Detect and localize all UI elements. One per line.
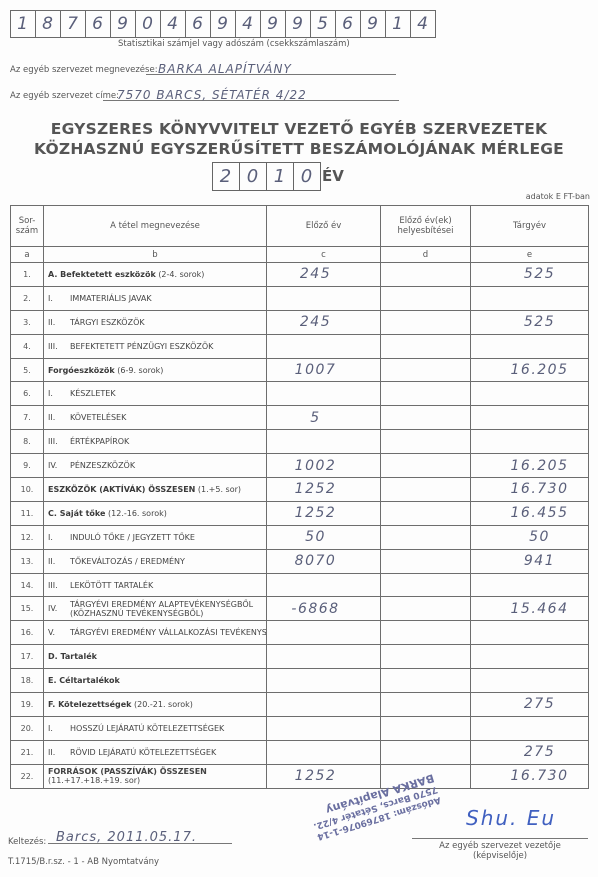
- previous-year-value-cell[interactable]: [267, 716, 381, 740]
- row-number: 21.: [11, 740, 44, 764]
- item-label: BEFEKTETETT PÉNZÜGYI ESZKÖZÖK: [70, 342, 213, 351]
- item-label: KÉSZLETEK: [70, 389, 116, 398]
- tax-digit-box[interactable]: 9: [111, 11, 136, 37]
- item-name: III.BEFEKTETETT PÉNZÜGYI ESZKÖZÖK: [44, 334, 267, 358]
- item-label: TÁRGYÉVI EREDMÉNY ALAPTEVÉKENYSÉGBŐL: [70, 600, 253, 609]
- item-name: A. Befektetett eszközök (2-4. sorok): [44, 263, 267, 287]
- previous-year-value-cell[interactable]: 1252: [267, 764, 381, 788]
- previous-year-value-cell[interactable]: [267, 286, 381, 310]
- current-year-value-cell[interactable]: 16.205: [471, 454, 589, 478]
- row-number: 10.: [11, 478, 44, 502]
- item-label: A. Befektetett eszközök: [48, 270, 156, 279]
- item-name: C. Saját tőke (12.-16. sorok): [44, 501, 267, 525]
- item-name: I.INDULÓ TŐKE / JEGYZETT TŐKE: [44, 525, 267, 549]
- tax-digit-box[interactable]: 7: [61, 11, 86, 37]
- org-name-label: Az egyéb szervezet megnevezése:: [10, 65, 158, 75]
- table-row: 20.I.HOSSZÚ LEJÁRATÚ KÖTELEZETTSÉGEK: [11, 716, 589, 740]
- previous-year-value-cell[interactable]: [267, 430, 381, 454]
- correction-value-cell[interactable]: [381, 549, 471, 573]
- row-number: 3.: [11, 310, 44, 334]
- current-year-value-cell[interactable]: [471, 573, 589, 597]
- previous-year-value: 1007: [295, 362, 337, 378]
- previous-year-value-cell[interactable]: -6868: [267, 597, 381, 621]
- balance-sheet-table: Sor-szám A tétel megnevezése Előző év El…: [10, 205, 589, 789]
- current-year-value: 16.205: [511, 362, 569, 378]
- current-year-value-cell[interactable]: 275: [471, 740, 589, 764]
- previous-year-value: 245: [300, 314, 331, 330]
- form-title-line2: KÖZHASZNÚ EGYSZERŰSÍTETT BESZÁMOLÓJÁNAK …: [0, 140, 598, 158]
- item-name: II.RÖVID LEJÁRATÚ KÖTELEZETTSÉGEK: [44, 740, 267, 764]
- current-year-value-cell[interactable]: 275: [471, 693, 589, 717]
- current-year-value-cell[interactable]: [471, 645, 589, 669]
- correction-value-cell[interactable]: [381, 716, 471, 740]
- item-label: Forgóeszközök: [48, 366, 115, 375]
- item-name: III.ÉRTÉKPAPÍROK: [44, 430, 267, 454]
- item-name: I.IMMATERIÁLIS JAVAK: [44, 286, 267, 310]
- item-name: D. Tartalék: [44, 645, 267, 669]
- row-number: 16.: [11, 621, 44, 645]
- org-name-field[interactable]: BARKA ALAPÍTVÁNY: [146, 60, 396, 75]
- correction-value-cell[interactable]: [381, 310, 471, 334]
- item-note: (6-9. sorok): [117, 366, 163, 375]
- tax-digit-box[interactable]: 1: [11, 11, 36, 37]
- item-name: IV.TÁRGYÉVI EREDMÉNY ALAPTEVÉKENYSÉGBŐL(…: [44, 597, 267, 621]
- row-number: 2.: [11, 286, 44, 310]
- column-letter-a: a: [11, 247, 44, 263]
- table-row: 18.E. Céltartalékok: [11, 669, 589, 693]
- column-letter-d: d: [381, 247, 471, 263]
- item-prefix: II.: [48, 748, 70, 757]
- item-name: IV.PÉNZESZKÖZÖK: [44, 454, 267, 478]
- current-year-value-cell[interactable]: 50: [471, 525, 589, 549]
- row-number: 9.: [11, 454, 44, 478]
- table-row: 14.III.LEKÖTÖTT TARTALÉK: [11, 573, 589, 597]
- org-name-value: BARKA ALAPÍTVÁNY: [158, 62, 292, 76]
- previous-year-value: 1252: [295, 768, 337, 784]
- previous-year-value-cell[interactable]: 50: [267, 525, 381, 549]
- table-row: 17.D. Tartalék: [11, 645, 589, 669]
- org-address-value: 7570 BARCS, SÉTATÉR 4/22: [117, 88, 307, 102]
- item-name: III.LEKÖTÖTT TARTALÉK: [44, 573, 267, 597]
- item-prefix: I.: [48, 533, 70, 542]
- item-prefix: II.: [48, 318, 70, 327]
- previous-year-value-cell[interactable]: [267, 621, 381, 645]
- item-label: TŐKEVÁLTOZÁS / EREDMÉNY: [70, 557, 185, 566]
- current-year-value: 16.730: [511, 481, 569, 497]
- previous-year-value-cell[interactable]: [267, 740, 381, 764]
- row-number: 12.: [11, 525, 44, 549]
- table-row: 8.III.ÉRTÉKPAPÍROK: [11, 430, 589, 454]
- item-label: TÁRGYI ESZKÖZÖK: [70, 318, 145, 327]
- year-suffix: ÉV: [322, 167, 344, 185]
- item-name: V.TÁRGYÉVI EREDMÉNY VÁLLALKOZÁSI TEVÉKEN…: [44, 621, 267, 645]
- previous-year-value-cell[interactable]: 1007: [267, 358, 381, 382]
- previous-year-value: 50: [305, 529, 326, 545]
- year-digit-box[interactable]: 1: [267, 163, 294, 190]
- current-year-value-cell[interactable]: [471, 286, 589, 310]
- current-year-value-cell[interactable]: [471, 334, 589, 358]
- previous-year-value-cell[interactable]: 5: [267, 406, 381, 430]
- form-code: T.1715/B.r.sz. - 1 - AB Nyomtatvány: [8, 857, 159, 867]
- item-name: II.KÖVETELÉSEK: [44, 406, 267, 430]
- tax-digit-box[interactable]: 8: [36, 11, 61, 37]
- previous-year-value-cell[interactable]: 245: [267, 310, 381, 334]
- previous-year-value-cell[interactable]: 1002: [267, 454, 381, 478]
- item-label-cont: (11.+17.+18.+19. sor): [48, 776, 140, 785]
- row-number: 11.: [11, 501, 44, 525]
- header-previous-year: Előző év: [267, 206, 381, 247]
- row-number: 13.: [11, 549, 44, 573]
- item-label: IMMATERIÁLIS JAVAK: [70, 294, 152, 303]
- item-name: Forgóeszközök (6-9. sorok): [44, 358, 267, 382]
- table-row: 3.II.TÁRGYI ESZKÖZÖK245525: [11, 310, 589, 334]
- current-year-value: 16.455: [511, 505, 569, 521]
- current-year-value-cell[interactable]: 525: [471, 310, 589, 334]
- item-prefix: IV.: [48, 461, 70, 470]
- table-row: 4.III.BEFEKTETETT PÉNZÜGYI ESZKÖZÖK: [11, 334, 589, 358]
- previous-year-value: -6868: [291, 601, 339, 617]
- correction-value-cell[interactable]: [381, 358, 471, 382]
- previous-year-value-cell[interactable]: [267, 669, 381, 693]
- column-letter-c: c: [267, 247, 381, 263]
- tax-digit-box[interactable]: 4: [161, 11, 186, 37]
- table-row: 16.V.TÁRGYÉVI EREDMÉNY VÁLLALKOZÁSI TEVÉ…: [11, 621, 589, 645]
- tax-digit-box[interactable]: 6: [186, 11, 211, 37]
- correction-value-cell[interactable]: [381, 263, 471, 287]
- row-number: 8.: [11, 430, 44, 454]
- signatory-label: Az egyéb szervezet vezetője (képviselője…: [412, 841, 588, 861]
- row-number: 18.: [11, 669, 44, 693]
- tax-digit-box[interactable]: 9: [286, 11, 311, 37]
- signature: Shu. Eu: [466, 806, 556, 830]
- previous-year-value-cell[interactable]: [267, 382, 381, 406]
- item-label: E. Céltartalékok: [48, 676, 120, 685]
- item-prefix: V.: [48, 628, 70, 637]
- item-label: KÖVETELÉSEK: [70, 413, 126, 422]
- correction-value-cell[interactable]: [381, 454, 471, 478]
- item-name: I.HOSSZÚ LEJÁRATÚ KÖTELEZETTSÉGEK: [44, 716, 267, 740]
- date-field[interactable]: Barcs, 2011.05.17.: [48, 829, 232, 844]
- previous-year-value-cell[interactable]: 245: [267, 263, 381, 287]
- item-label: D. Tartalék: [48, 652, 97, 661]
- signature-line[interactable]: [412, 838, 588, 839]
- current-year-value: 16.730: [511, 768, 569, 784]
- item-name: ESZKÖZÖK (AKTÍVÁK) ÖSSZESEN (1.+5. sor): [44, 478, 267, 502]
- current-year-value: 525: [524, 266, 555, 282]
- item-label: INDULÓ TŐKE / JEGYZETT TŐKE: [70, 533, 195, 542]
- column-letter-b: b: [44, 247, 267, 263]
- item-label: RÖVID LEJÁRATÚ KÖTELEZETTSÉGEK: [70, 748, 216, 757]
- table-row: 10.ESZKÖZÖK (AKTÍVÁK) ÖSSZESEN (1.+5. so…: [11, 478, 589, 502]
- previous-year-value-cell[interactable]: 1252: [267, 501, 381, 525]
- previous-year-value-cell[interactable]: [267, 645, 381, 669]
- row-number: 22.: [11, 764, 44, 788]
- header-item-name: A tétel megnevezése: [44, 206, 267, 247]
- previous-year-value: 8070: [295, 553, 337, 569]
- table-row: 5.Forgóeszközök (6-9. sorok)100716.205: [11, 358, 589, 382]
- correction-value-cell[interactable]: [381, 430, 471, 454]
- table-row: 2.I.IMMATERIÁLIS JAVAK: [11, 286, 589, 310]
- table-row: 13.II.TŐKEVÁLTOZÁS / EREDMÉNY8070941: [11, 549, 589, 573]
- item-name: F. Kötelezettségek (20.-21. sorok): [44, 693, 267, 717]
- correction-value-cell[interactable]: [381, 621, 471, 645]
- date-label: Keltezés:: [8, 837, 46, 847]
- correction-value-cell[interactable]: [381, 645, 471, 669]
- row-number: 19.: [11, 693, 44, 717]
- item-prefix: I.: [48, 389, 70, 398]
- form-title-line1: EGYSZERES KÖNYVVITELT VEZETŐ EGYÉB SZERV…: [0, 120, 598, 138]
- item-label: C. Saját tőke: [48, 509, 105, 518]
- current-year-value: 16.205: [511, 458, 569, 474]
- correction-value-cell[interactable]: [381, 334, 471, 358]
- table-row: 21.II.RÖVID LEJÁRATÚ KÖTELEZETTSÉGEK275: [11, 740, 589, 764]
- item-label-cont: (KÖZHASZNÚ TEVÉKENYSÉGBŐL): [70, 609, 203, 618]
- current-year-value-cell[interactable]: [471, 621, 589, 645]
- previous-year-value: 245: [300, 266, 331, 282]
- units-note: adatok E FT-ban: [526, 192, 590, 201]
- item-note: (20.-21. sorok): [134, 700, 193, 709]
- previous-year-value-cell[interactable]: 8070: [267, 549, 381, 573]
- table-row: 6.I.KÉSZLETEK: [11, 382, 589, 406]
- correction-value-cell[interactable]: [381, 478, 471, 502]
- tax-digit-box[interactable]: 9: [361, 11, 386, 37]
- tax-number-boxes: 18769046949956914: [10, 10, 436, 38]
- tax-digit-box[interactable]: 1: [386, 11, 411, 37]
- year-digit-box[interactable]: 0: [294, 163, 320, 190]
- column-letter-e: e: [471, 247, 589, 263]
- header-corrections: Előző év(ek) helyesbítései: [381, 206, 471, 247]
- correction-value-cell[interactable]: [381, 286, 471, 310]
- item-note: (1.+5. sor): [198, 485, 241, 494]
- header-row-no: Sor-szám: [11, 206, 44, 247]
- header-current-year: Tárgyév: [471, 206, 589, 247]
- item-label: ESZKÖZÖK (AKTÍVÁK) ÖSSZESEN: [48, 485, 195, 494]
- date-value: Barcs, 2011.05.17.: [56, 830, 197, 845]
- tax-digit-box[interactable]: 4: [411, 11, 435, 37]
- item-prefix: I.: [48, 724, 70, 733]
- item-label: LEKÖTÖTT TARTALÉK: [70, 581, 153, 590]
- tax-digit-box[interactable]: 0: [136, 11, 161, 37]
- item-prefix: II.: [48, 557, 70, 566]
- item-label: TÁRGYÉVI EREDMÉNY VÁLLALKOZÁSI TEVÉKENYS…: [70, 628, 267, 637]
- row-number: 6.: [11, 382, 44, 406]
- item-prefix: II.: [48, 413, 70, 422]
- table-row: 12.I.INDULÓ TŐKE / JEGYZETT TŐKE5050: [11, 525, 589, 549]
- table-row: 11.C. Saját tőke (12.-16. sorok)125216.4…: [11, 501, 589, 525]
- year-digit-box[interactable]: 0: [240, 163, 267, 190]
- tax-digit-box[interactable]: 6: [86, 11, 111, 37]
- item-name: II.TŐKEVÁLTOZÁS / EREDMÉNY: [44, 549, 267, 573]
- current-year-value: 275: [524, 744, 555, 760]
- current-year-value-cell[interactable]: [471, 669, 589, 693]
- row-number: 4.: [11, 334, 44, 358]
- item-name: E. Céltartalékok: [44, 669, 267, 693]
- previous-year-value: 1252: [295, 505, 337, 521]
- correction-value-cell[interactable]: [381, 597, 471, 621]
- table-row: 1.A. Befektetett eszközök (2-4. sorok)24…: [11, 263, 589, 287]
- item-note: (12.-16. sorok): [108, 509, 167, 518]
- correction-value-cell[interactable]: [381, 501, 471, 525]
- current-year-value-cell[interactable]: [471, 430, 589, 454]
- item-prefix: IV.: [48, 604, 70, 613]
- row-number: 7.: [11, 406, 44, 430]
- current-year-value: 15.464: [511, 601, 569, 617]
- previous-year-value: 1002: [295, 458, 337, 474]
- current-year-value-cell[interactable]: 941: [471, 549, 589, 573]
- correction-value-cell[interactable]: [381, 693, 471, 717]
- current-year-value-cell[interactable]: 525: [471, 263, 589, 287]
- item-prefix: III.: [48, 581, 70, 590]
- current-year-value-cell[interactable]: [471, 382, 589, 406]
- correction-value-cell[interactable]: [381, 382, 471, 406]
- tax-digit-box[interactable]: 5: [311, 11, 336, 37]
- previous-year-value-cell[interactable]: [267, 573, 381, 597]
- table-row: 19.F. Kötelezettségek (20.-21. sorok)275: [11, 693, 589, 717]
- item-prefix: III.: [48, 342, 70, 351]
- row-number: 1.: [11, 263, 44, 287]
- item-label: F. Kötelezettségek: [48, 700, 131, 709]
- previous-year-value-cell[interactable]: [267, 693, 381, 717]
- row-number: 17.: [11, 645, 44, 669]
- item-label: FORRÁSOK (PASSZÍVÁK) ÖSSZESEN: [48, 767, 207, 776]
- tax-digit-box[interactable]: 4: [236, 11, 261, 37]
- tax-digit-box[interactable]: 9: [211, 11, 236, 37]
- item-prefix: I.: [48, 294, 70, 303]
- previous-year-value-cell[interactable]: 1252: [267, 478, 381, 502]
- current-year-value: 941: [524, 553, 555, 569]
- tax-digit-box[interactable]: 9: [261, 11, 286, 37]
- current-year-value-cell[interactable]: 16.455: [471, 501, 589, 525]
- current-year-value: 50: [529, 529, 550, 545]
- previous-year-value-cell[interactable]: [267, 334, 381, 358]
- current-year-value-cell[interactable]: 16.205: [471, 358, 589, 382]
- previous-year-value: 5: [310, 410, 320, 426]
- correction-value-cell[interactable]: [381, 525, 471, 549]
- year-boxes: 2010: [212, 162, 321, 191]
- tax-number-caption: Statisztikai számjel vagy adószám (csekk…: [118, 39, 350, 49]
- current-year-value-cell[interactable]: 16.730: [471, 764, 589, 788]
- table-row: 7.II.KÖVETELÉSEK5: [11, 406, 589, 430]
- item-prefix: III.: [48, 437, 70, 446]
- row-number: 14.: [11, 573, 44, 597]
- tax-digit-box[interactable]: 6: [336, 11, 361, 37]
- table-row: 15.IV.TÁRGYÉVI EREDMÉNY ALAPTEVÉKENYSÉGB…: [11, 597, 589, 621]
- current-year-value-cell[interactable]: 15.464: [471, 597, 589, 621]
- item-label: PÉNZESZKÖZÖK: [70, 461, 135, 470]
- row-number: 5.: [11, 358, 44, 382]
- current-year-value-cell[interactable]: 16.730: [471, 478, 589, 502]
- item-label: ÉRTÉKPAPÍROK: [70, 437, 129, 446]
- item-name: FORRÁSOK (PASSZÍVÁK) ÖSSZESEN(11.+17.+18…: [44, 764, 267, 788]
- item-label: HOSSZÚ LEJÁRATÚ KÖTELEZETTSÉGEK: [70, 724, 224, 733]
- item-note: (2-4. sorok): [158, 270, 204, 279]
- current-year-value-cell[interactable]: [471, 406, 589, 430]
- org-address-field[interactable]: 7570 BARCS, SÉTATÉR 4/22: [103, 86, 399, 101]
- row-number: 20.: [11, 716, 44, 740]
- current-year-value: 525: [524, 314, 555, 330]
- correction-value-cell[interactable]: [381, 740, 471, 764]
- previous-year-value: 1252: [295, 481, 337, 497]
- correction-value-cell[interactable]: [381, 669, 471, 693]
- correction-value-cell[interactable]: [381, 573, 471, 597]
- year-digit-box[interactable]: 2: [213, 163, 240, 190]
- correction-value-cell[interactable]: [381, 406, 471, 430]
- current-year-value: 275: [524, 696, 555, 712]
- table-row: 22.FORRÁSOK (PASSZÍVÁK) ÖSSZESEN(11.+17.…: [11, 764, 589, 788]
- current-year-value-cell[interactable]: [471, 716, 589, 740]
- row-number: 15.: [11, 597, 44, 621]
- item-name: I.KÉSZLETEK: [44, 382, 267, 406]
- item-name: II.TÁRGYI ESZKÖZÖK: [44, 310, 267, 334]
- table-row: 9.IV.PÉNZESZKÖZÖK100216.205: [11, 454, 589, 478]
